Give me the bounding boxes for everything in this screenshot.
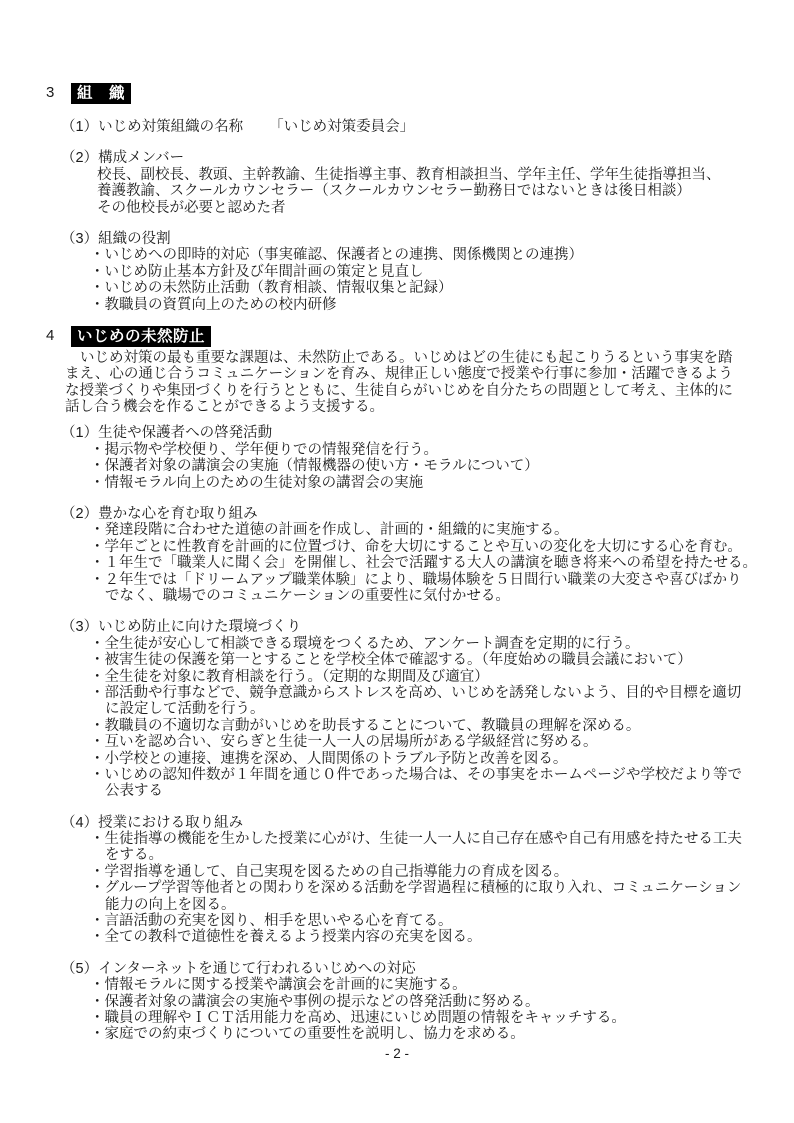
bullet-line: ・いじめへの即時的対応（事実確認、保護者との連携、関係機関との連携） <box>46 247 758 263</box>
bullet-line: ・全生徒を対象に教育相談を行う。（定期的な期間及び適宜） <box>46 669 758 685</box>
document-page: 3 組 織 （1）いじめ対策組織の名称「いじめ対策委員会」 （2）構成メンバー … <box>0 0 794 1123</box>
subsection-label: （3） <box>61 619 98 635</box>
bullet-line: ・２年生では「ドリームアップ職業体験」により、職場体験を５日間行い職業の大変さや… <box>46 572 758 588</box>
bullet-line: ・家庭での約束づくりについての重要性を説明し、協力を求める。 <box>46 1026 758 1042</box>
bullet-line: ・いじめの未然防止活動（教育相談、情報収集と記録） <box>46 280 758 296</box>
bullet-line: ・保護者対象の講演会の実施や事例の提示などの啓発活動に努める。 <box>46 994 758 1010</box>
bullet-line: ・部活動や行事などで、競争意識からストレスを高め、いじめを誘発しないよう、目的や… <box>46 685 758 701</box>
bullet-line: ・保護者対象の講演会の実施（情報機器の使い方・モラルについて） <box>46 458 758 474</box>
subsection-internet-bullying: （5）インターネットを通じて行われるいじめへの対応 ・情報モラルに関する授業や講… <box>46 961 758 1043</box>
subsection-heading-line: （2）豊かな心を育む取り組み <box>46 506 758 522</box>
subsection-heading-line: （3）いじめ防止に向けた環境づくり <box>46 619 758 635</box>
subsection-organization-role: （3）組織の役割 ・いじめへの即時的対応（事実確認、保護者との連携、関係機関との… <box>46 231 758 313</box>
subsection-environment: （3）いじめ防止に向けた環境づくり ・全生徒が安心して相談できる環境をつくるため… <box>46 619 758 799</box>
bullet-line: ・掲示物や学校便り、学年便りでの情報発信を行う。 <box>46 442 758 458</box>
bullet-line: ・情報モラル向上のための生徒対象の講習会の実施 <box>46 475 758 491</box>
subsection-rich-heart: （2）豊かな心を育む取り組み ・発達段階に合わせた道徳の計画を作成し、計画的・組… <box>46 506 758 604</box>
subsection-awareness-activities: （1）生徒や保護者への啓発活動 ・掲示物や学校便り、学年便りでの情報発信を行う。… <box>46 425 758 491</box>
intro-line: まえ、心の通じ合うコミュニケーションを育み、規律正しい態度で授業や行事に参加・活… <box>46 366 758 382</box>
subsection-heading: インターネットを通じて行われるいじめへの対応 <box>98 961 416 977</box>
subsection-members: （2）構成メンバー 校長、副校長、教頭、主幹教諭、生徒指導主事、教育相談担当、学… <box>46 150 758 216</box>
section-organization: 3 組 織 （1）いじめ対策組織の名称「いじめ対策委員会」 （2）構成メンバー … <box>46 83 758 313</box>
section-3-number: 3 <box>46 83 71 103</box>
bullet-line: ・全生徒が安心して相談できる環境をつくるため、アンケート調査を定期的に行う。 <box>46 636 758 652</box>
section-4-intro-paragraph: いじめ対策の最も重要な課題は、未然防止である。いじめはどの生徒にも起こりうるとい… <box>46 350 758 416</box>
subsection-label: （4） <box>61 815 98 831</box>
section-4-header: 4 いじめの未然防止 <box>46 326 758 347</box>
subsection-label: （2） <box>61 150 98 166</box>
subsection-heading-line: （1）いじめ対策組織の名称「いじめ対策委員会」 <box>46 119 758 135</box>
bullet-line: ・言語活動の充実を図り、相手を思いやる心を育てる。 <box>46 913 758 929</box>
subsection-heading: 組織の役割 <box>98 231 171 247</box>
organization-name-value: 「いじめ対策委員会」 <box>269 119 414 135</box>
bullet-line: ・学年ごとに性教育を計画的に位置づけ、命を大切にすることや互いの変化を大切にする… <box>46 539 758 555</box>
bullet-continuation-line: 能力の向上を図る。 <box>46 897 758 913</box>
subsection-heading-line: （1）生徒や保護者への啓発活動 <box>46 425 758 441</box>
subsection-heading-line: （5）インターネットを通じて行われるいじめへの対応 <box>46 961 758 977</box>
bullet-line: ・小学校との連接、連携を深め、人間関係のトラブル予防と改善を図る。 <box>46 751 758 767</box>
section-4-number: 4 <box>46 326 71 346</box>
subsection-heading-line: （2）構成メンバー <box>46 150 758 166</box>
subsection-label: （1） <box>61 425 98 441</box>
bullet-continuation-line: に設定して活動を行う。 <box>46 701 758 717</box>
bullet-line: ・学習指導を通して、自己実現を図るための自己指導能力の育成を図る。 <box>46 864 758 880</box>
subsection-organization-name: （1）いじめ対策組織の名称「いじめ対策委員会」 <box>46 119 758 135</box>
member-line: その他校長が必要と認めた者 <box>46 200 758 216</box>
member-line: 校長、副校長、教頭、主幹教諭、生徒指導主事、教育相談担当、学年主任、学年生徒指導… <box>46 167 758 183</box>
bullet-line: ・グループ学習等他者との関わりを深める活動を学習過程に積極的に取り入れ、コミュニ… <box>46 880 758 896</box>
section-3-header: 3 組 織 <box>46 83 758 104</box>
bullet-line: ・互いを認め合い、安らぎと生徒一人一人の居場所がある学級経営に努める。 <box>46 734 758 750</box>
bullet-continuation-line: 公表する <box>46 783 758 799</box>
section-bullying-prevention: 4 いじめの未然防止 いじめ対策の最も重要な課題は、未然防止である。いじめはどの… <box>46 326 758 1043</box>
bullet-line: ・いじめの認知件数が１年間を通じ０件であった場合は、その事実をホームページや学校… <box>46 767 758 783</box>
bullet-line: ・全ての教科で道徳性を養えるよう授業内容の充実を図る。 <box>46 929 758 945</box>
bullet-line: ・情報モラルに関する授業や講演会を計画的に実施する。 <box>46 977 758 993</box>
subsection-classroom-efforts: （4）授業における取り組み ・生徒指導の機能を生かした授業に心がけ、生徒一人一人… <box>46 815 758 946</box>
subsection-label: （2） <box>61 506 98 522</box>
bullet-line: ・被害生徒の保護を第一とすることを学校全体で確認する。（年度始めの職員会議におい… <box>46 652 758 668</box>
member-line: 養護教諭、スクールカウンセラー（スクールカウンセラー勤務日ではないときは後日相談… <box>46 183 758 199</box>
subsection-heading: 授業における取り組み <box>98 815 243 831</box>
page-number: - 2 - <box>0 1046 794 1061</box>
intro-line: 話し合う機会を作ることができるよう支援する。 <box>46 399 758 415</box>
section-4-title: いじめの未然防止 <box>71 326 211 347</box>
subsection-label: （5） <box>61 961 98 977</box>
bullet-line: ・いじめ防止基本方針及び年間計画の策定と見直し <box>46 264 758 280</box>
bullet-line: ・１年生で「職業人に聞く会」を開催し、社会で活躍する大人の講演を聴き将来への希望… <box>46 555 758 571</box>
subsection-heading: いじめ対策組織の名称 <box>98 119 243 135</box>
bullet-continuation-line: をする。 <box>46 847 758 863</box>
intro-line: な授業づくりや集団づくりを行うとともに、生徒自らがいじめを自分たちの問題として考… <box>46 383 758 399</box>
bullet-line: ・職員の理解やＩＣＴ活用能力を高め、迅速にいじめ問題の情報をキャッチする。 <box>46 1010 758 1026</box>
subsection-heading: いじめ防止に向けた環境づくり <box>98 619 301 635</box>
subsection-heading: 構成メンバー <box>98 150 184 166</box>
subsection-heading: 生徒や保護者への啓発活動 <box>98 425 272 441</box>
subsection-heading-line: （3）組織の役割 <box>46 231 758 247</box>
bullet-line: ・生徒指導の機能を生かした授業に心がけ、生徒一人一人に自己存在感や自己有用感を持… <box>46 831 758 847</box>
bullet-line: ・発達段階に合わせた道徳の計画を作成し、計画的・組織的に実施する。 <box>46 522 758 538</box>
subsection-label: （1） <box>61 119 98 135</box>
section-3-title: 組 織 <box>71 83 131 104</box>
bullet-continuation-line: でなく、職場でのコミュニケーションの重要性に気付かせる。 <box>46 588 758 604</box>
subsection-heading-line: （4）授業における取り組み <box>46 815 758 831</box>
subsection-label: （3） <box>61 231 98 247</box>
intro-line: いじめ対策の最も重要な課題は、未然防止である。いじめはどの生徒にも起こりうるとい… <box>46 350 758 366</box>
bullet-line: ・教職員の資質向上のための校内研修 <box>46 297 758 313</box>
bullet-line: ・教職員の不適切な言動がいじめを助長することについて、教職員の理解を深める。 <box>46 718 758 734</box>
subsection-heading: 豊かな心を育む取り組み <box>98 506 258 522</box>
